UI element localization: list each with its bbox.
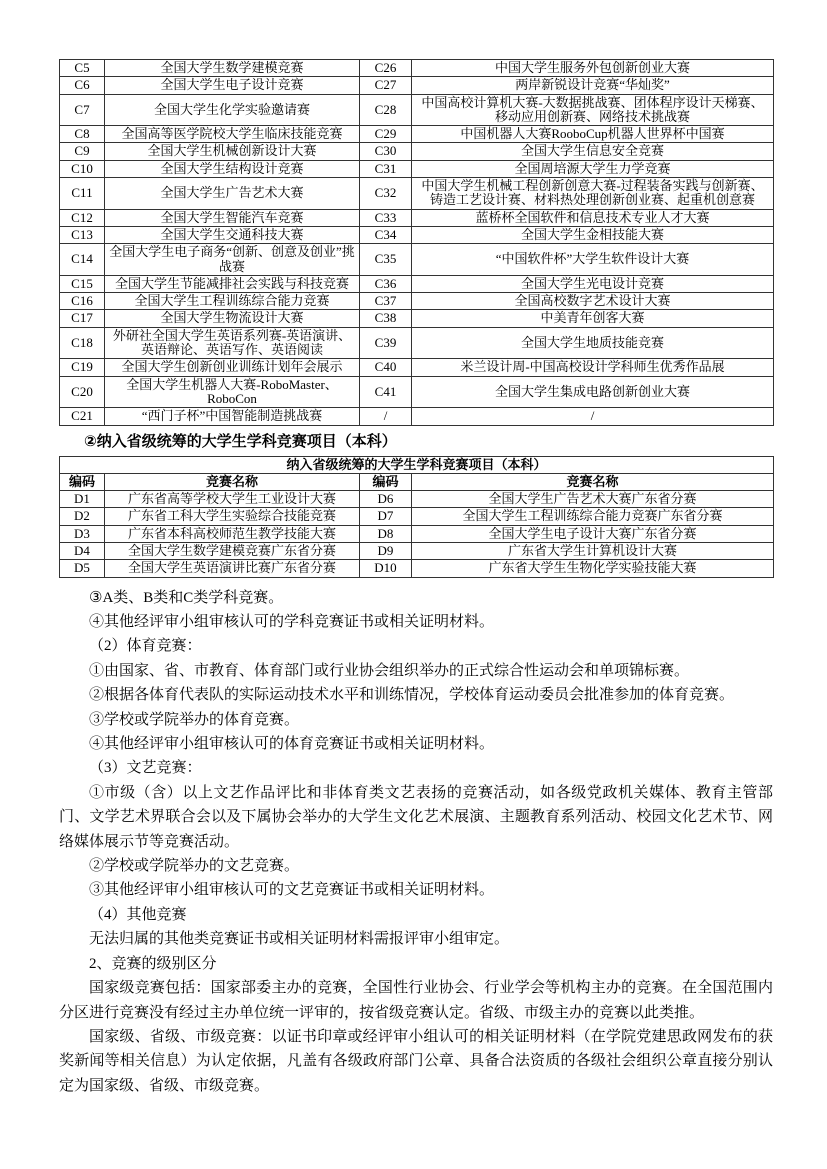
cell-code: C41: [360, 376, 412, 408]
cell-name: 全国大学生光电设计竞赛: [412, 275, 774, 292]
table-row: D5全国大学生英语演讲比赛广东省分赛D10广东省大学生生物化学实验技能大赛: [60, 560, 774, 577]
table-row: D3广东省本科高校师范生教学技能大赛D8全国大学生电子设计大赛广东省分赛: [60, 525, 774, 542]
cell-name: 全国大学生节能减排社会实践与科技竞赛: [105, 275, 360, 292]
table-row: D1广东省高等学校大学生工业设计大赛D6全国大学生广告艺术大赛广东省分赛: [60, 491, 774, 508]
cell-code: C19: [60, 359, 105, 376]
cell-code: C28: [360, 94, 412, 126]
table-row: D2广东省工科大学生实验综合技能竞赛D7全国大学生工程训练综合能力竞赛广东省分赛: [60, 508, 774, 525]
table-title: 纳入省级统筹的大学生学科竞赛项目（本科）: [60, 456, 774, 473]
table-row: C12全国大学生智能汽车竞赛C33蓝桥杯全国软件和信息技术专业人才大赛: [60, 209, 774, 226]
cell-code: /: [360, 408, 412, 425]
provincial-section-heading: ②纳入省级统筹的大学生学科竞赛项目（本科）: [59, 432, 773, 452]
cell-name: 全国大学生英语演讲比赛广东省分赛: [105, 560, 360, 577]
cell-code: C16: [60, 293, 105, 310]
cell-name: 两岸新锐设计竞赛“华灿奖”: [412, 77, 774, 94]
paragraph: ①市级（含）以上文艺作品评比和非体育类文艺表扬的竞赛活动，如各级党政机关媒体、教…: [59, 781, 773, 854]
table-row: C9全国大学生机械创新设计大赛C30全国大学生信息安全竞赛: [60, 143, 774, 160]
cell-code: D10: [360, 560, 412, 577]
cell-name: 全国大学生机器人大赛-RoboMaster、RoboCon: [105, 376, 360, 408]
document-page: C5全国大学生数学建模竞赛C26中国大学生服务外包创新创业大赛C6全国大学生电子…: [0, 0, 827, 1169]
paragraph: ②根据各体育代表队的实际运动技术水平和训练情况，学校体育运动委员会批准参加的体育…: [59, 683, 773, 707]
cell-name: 广东省本科高校师范生教学技能大赛: [105, 525, 360, 542]
table-row: C5全国大学生数学建模竞赛C26中国大学生服务外包创新创业大赛: [60, 60, 774, 77]
paragraph: 国家级竞赛包括：国家部委主办的竞赛，全国性行业协会、行业学会等机构主办的竞赛。在…: [59, 976, 773, 1025]
cell-code: C11: [60, 178, 105, 210]
cell-name: 全国大学生创新创业训练计划年会展示: [105, 359, 360, 376]
table-row: C10全国大学生结构设计竞赛C31全国周培源大学生力学竞赛: [60, 160, 774, 177]
cell-name: 中国高校计算机大赛-大数据挑战赛、团体程序设计天梯赛、移动应用创新赛、网络技术挑…: [412, 94, 774, 126]
cell-code: C33: [360, 209, 412, 226]
cell-name: 全国大学生智能汽车竞赛: [105, 209, 360, 226]
cell-code: D4: [60, 543, 105, 560]
cell-name: 全国大学生交通科技大赛: [105, 226, 360, 243]
paragraph: （3）文艺竞赛：: [59, 756, 773, 780]
cell-code: C9: [60, 143, 105, 160]
paragraph: ④其他经评审小组审核认可的体育竞赛证书或相关证明材料。: [59, 732, 773, 756]
cell-code: C32: [360, 178, 412, 210]
paragraph: ③学校或学院举办的体育竞赛。: [59, 708, 773, 732]
cell-name: 全国大学生电子设计大赛广东省分赛: [412, 525, 774, 542]
national-competitions-table: C5全国大学生数学建模竞赛C26中国大学生服务外包创新创业大赛C6全国大学生电子…: [59, 59, 774, 426]
paragraph: （4）其他竞赛: [59, 903, 773, 927]
cell-code: C40: [360, 359, 412, 376]
cell-code: D5: [60, 560, 105, 577]
paragraph: ②学校或学院举办的文艺竞赛。: [59, 854, 773, 878]
cell-name: 全国大学生地质技能竞赛: [412, 327, 774, 359]
cell-code: C29: [360, 126, 412, 143]
cell-name: 广东省工科大学生实验综合技能竞赛: [105, 508, 360, 525]
cell-name: 中美青年创客大赛: [412, 310, 774, 327]
table-row: C19全国大学生创新创业训练计划年会展示C40米兰设计周-中国高校设计学科师生优…: [60, 359, 774, 376]
cell-name: 米兰设计周-中国高校设计学科师生优秀作品展: [412, 359, 774, 376]
paragraph: ④其他经评审小组审核认可的学科竞赛证书或相关证明材料。: [59, 610, 773, 634]
cell-code: C5: [60, 60, 105, 77]
cell-name: 全国大学生电子设计竞赛: [105, 77, 360, 94]
cell-name: 全国大学生物流设计大赛: [105, 310, 360, 327]
cell-name: 全国大学生数学建模竞赛: [105, 60, 360, 77]
table-row: C6全国大学生电子设计竞赛C27两岸新锐设计竞赛“华灿奖”: [60, 77, 774, 94]
cell-code: C12: [60, 209, 105, 226]
cell-name: “中国软件杯”大学生软件设计大赛: [412, 244, 774, 276]
cell-code: D6: [360, 491, 412, 508]
cell-code: C35: [360, 244, 412, 276]
table-header-row: 编码 竞赛名称 编码 竞赛名称: [60, 473, 774, 490]
table-row: C16全国大学生工程训练综合能力竞赛C37全国高校数字艺术设计大赛: [60, 293, 774, 310]
cell-name: 全国大学生结构设计竞赛: [105, 160, 360, 177]
column-header-name: 竞赛名称: [105, 473, 360, 490]
cell-name: 广东省大学生生物化学实验技能大赛: [412, 560, 774, 577]
cell-name: 中国大学生机械工程创新创意大赛-过程装备实践与创新赛、铸造工艺设计赛、材料热处理…: [412, 178, 774, 210]
cell-code: C31: [360, 160, 412, 177]
cell-name: 全国大学生金相技能大赛: [412, 226, 774, 243]
table-row: D4全国大学生数学建模竞赛广东省分赛D9广东省大学生计算机设计大赛: [60, 543, 774, 560]
cell-code: C6: [60, 77, 105, 94]
cell-code: C37: [360, 293, 412, 310]
paragraph: ③A类、B类和C类学科竞赛。: [59, 586, 773, 610]
cell-name: 全国大学生集成电路创新创业大赛: [412, 376, 774, 408]
table-row: C14全国大学生电子商务“创新、创意及创业”挑战赛C35“中国软件杯”大学生软件…: [60, 244, 774, 276]
cell-code: C15: [60, 275, 105, 292]
cell-code: C21: [60, 408, 105, 425]
cell-name: 全国大学生工程训练综合能力竞赛广东省分赛: [412, 508, 774, 525]
cell-code: C14: [60, 244, 105, 276]
column-header-code: 编码: [60, 473, 105, 490]
cell-code: C13: [60, 226, 105, 243]
table-row: C20全国大学生机器人大赛-RoboMaster、RoboConC41全国大学生…: [60, 376, 774, 408]
cell-name: /: [412, 408, 774, 425]
cell-name: 全国高校数字艺术设计大赛: [412, 293, 774, 310]
cell-name: 广东省高等学校大学生工业设计大赛: [105, 491, 360, 508]
paragraph: 无法归属的其他类竞赛证书或相关证明材料需报评审小组审定。: [59, 927, 773, 951]
table-row: C15全国大学生节能减排社会实践与科技竞赛C36全国大学生光电设计竞赛: [60, 275, 774, 292]
cell-name: 蓝桥杯全国软件和信息技术专业人才大赛: [412, 209, 774, 226]
cell-name: 全国周培源大学生力学竞赛: [412, 160, 774, 177]
cell-name: 全国大学生广告艺术大赛: [105, 178, 360, 210]
paragraph: ①由国家、省、市教育、体育部门或行业协会组织举办的正式综合性运动会和单项锦标赛。: [59, 659, 773, 683]
cell-name: 全国大学生机械创新设计大赛: [105, 143, 360, 160]
cell-name: 全国大学生信息安全竞赛: [412, 143, 774, 160]
cell-code: C10: [60, 160, 105, 177]
table-row: C17全国大学生物流设计大赛C38中美青年创客大赛: [60, 310, 774, 327]
cell-code: C18: [60, 327, 105, 359]
cell-code: C38: [360, 310, 412, 327]
cell-code: C8: [60, 126, 105, 143]
cell-code: C17: [60, 310, 105, 327]
cell-name: 全国大学生电子商务“创新、创意及创业”挑战赛: [105, 244, 360, 276]
cell-name: 全国大学生工程训练综合能力竞赛: [105, 293, 360, 310]
cell-code: C7: [60, 94, 105, 126]
paragraph: 2、竞赛的级别区分: [59, 952, 773, 976]
body-text: ③A类、B类和C类学科竞赛。④其他经评审小组审核认可的学科竞赛证书或相关证明材料…: [59, 586, 773, 1099]
column-header-code: 编码: [360, 473, 412, 490]
cell-code: D2: [60, 508, 105, 525]
table-row: C11全国大学生广告艺术大赛C32中国大学生机械工程创新创意大赛-过程装备实践与…: [60, 178, 774, 210]
cell-code: C34: [360, 226, 412, 243]
cell-name: 中国机器人大赛RooboCup机器人世界杯中国赛: [412, 126, 774, 143]
cell-code: C30: [360, 143, 412, 160]
table-row: C18外研社全国大学生英语系列赛-英语演讲、英语辩论、英语写作、英语阅读C39全…: [60, 327, 774, 359]
table-row: C21“西门子杯”中国智能制造挑战赛//: [60, 408, 774, 425]
column-header-name: 竞赛名称: [412, 473, 774, 490]
paragraph: ③其他经评审小组审核认可的文艺竞赛证书或相关证明材料。: [59, 878, 773, 902]
cell-name: 中国大学生服务外包创新创业大赛: [412, 60, 774, 77]
cell-name: 全国高等医学院校大学生临床技能竞赛: [105, 126, 360, 143]
cell-name: 全国大学生广告艺术大赛广东省分赛: [412, 491, 774, 508]
cell-code: D1: [60, 491, 105, 508]
cell-code: C20: [60, 376, 105, 408]
table-row: C7全国大学生化学实验邀请赛C28中国高校计算机大赛-大数据挑战赛、团体程序设计…: [60, 94, 774, 126]
provincial-competitions-table: 纳入省级统筹的大学生学科竞赛项目（本科） 编码 竞赛名称 编码 竞赛名称 D1广…: [59, 456, 774, 578]
cell-name: 全国大学生数学建模竞赛广东省分赛: [105, 543, 360, 560]
cell-code: C27: [360, 77, 412, 94]
paragraph: 国家级、省级、市级竞赛：以证书印章或经评审小组认可的相关证明材料（在学院党建思政…: [59, 1025, 773, 1098]
cell-code: D7: [360, 508, 412, 525]
cell-code: C36: [360, 275, 412, 292]
cell-code: D9: [360, 543, 412, 560]
cell-code: D8: [360, 525, 412, 542]
cell-name: “西门子杯”中国智能制造挑战赛: [105, 408, 360, 425]
cell-code: D3: [60, 525, 105, 542]
paragraph: （2）体育竞赛：: [59, 634, 773, 658]
cell-name: 广东省大学生计算机设计大赛: [412, 543, 774, 560]
cell-name: 外研社全国大学生英语系列赛-英语演讲、英语辩论、英语写作、英语阅读: [105, 327, 360, 359]
table-row: C13全国大学生交通科技大赛C34全国大学生金相技能大赛: [60, 226, 774, 243]
table-title-row: 纳入省级统筹的大学生学科竞赛项目（本科）: [60, 456, 774, 473]
cell-code: C26: [360, 60, 412, 77]
table-row: C8全国高等医学院校大学生临床技能竞赛C29中国机器人大赛RooboCup机器人…: [60, 126, 774, 143]
cell-name: 全国大学生化学实验邀请赛: [105, 94, 360, 126]
cell-code: C39: [360, 327, 412, 359]
